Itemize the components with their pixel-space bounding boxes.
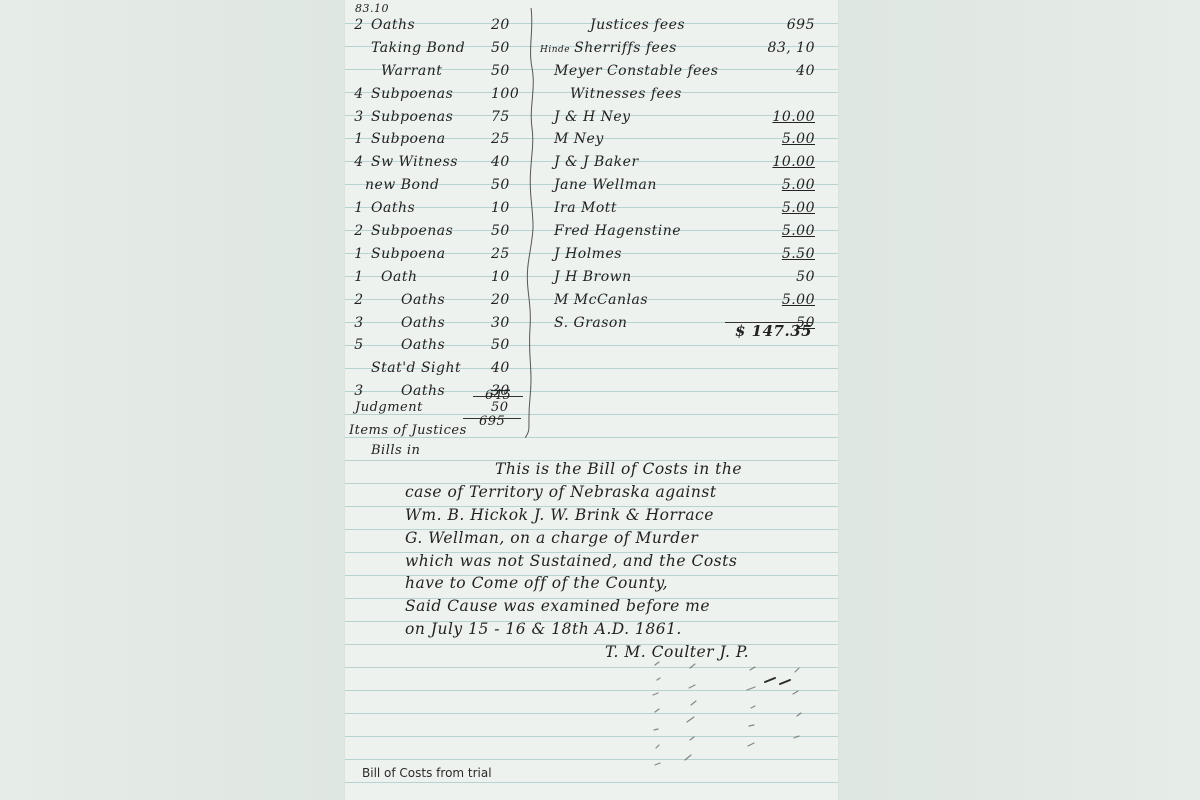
- top-note: 83.10: [355, 2, 389, 15]
- fee-qty: 5: [351, 337, 367, 353]
- witness-name: J & J Baker: [554, 154, 639, 170]
- fee-row: 1 Subpoena 25: [351, 244, 531, 267]
- witness-name: J H Brown: [554, 269, 632, 285]
- fee-prefix: Hinde: [540, 45, 570, 55]
- justice-fees-list: 2 Oaths 20 Taking Bond 50 Warrant 50 4 S…: [351, 15, 531, 404]
- fee-qty: 2: [351, 223, 367, 239]
- fee-row: 1 Subpoena 25: [351, 129, 531, 152]
- fee-row: new Bond 50: [351, 175, 531, 198]
- fee-amount: 40: [755, 63, 815, 79]
- witness-name: M McCanlas: [554, 292, 648, 308]
- fee-item: Oath: [381, 269, 417, 285]
- fee-item: Stat'd Sight: [371, 360, 461, 376]
- fee-qty: 2: [351, 292, 367, 308]
- fees-summary: Justices fees 695 HindeSherriffs fees 83…: [540, 15, 825, 335]
- fee-qty: 3: [351, 383, 367, 399]
- bill-of-costs-document: 83.10 2 Oaths 20 Taking Bond 50 Warrant …: [345, 0, 838, 800]
- witness-row: Fred Hagenstine 5.00: [540, 221, 825, 244]
- fee-qty: 1: [351, 200, 367, 216]
- witness-name: J & H Ney: [554, 109, 631, 125]
- fee-item: Warrant: [381, 63, 442, 79]
- statement-line: on July 15 - 16 & 18th A.D. 1861.: [405, 618, 825, 641]
- fee-qty: 3: [351, 109, 367, 125]
- fee-qty: 1: [351, 131, 367, 147]
- fee-row: 1 Oath 10: [351, 267, 531, 290]
- witness-fee: 5.00: [755, 177, 815, 193]
- statement-line: This is the Bill of Costs in the: [405, 458, 825, 481]
- fee-amount: 83, 10: [755, 40, 815, 56]
- statement-line: Wm. B. Hickok J. W. Brink & Horrace: [405, 504, 825, 527]
- items-of-justices-label: Items of Justices: [349, 423, 467, 438]
- fee-row: Stat'd Sight 40: [351, 358, 531, 381]
- fee-row: 3 Oaths 30: [351, 313, 531, 336]
- fee-item: new Bond: [365, 177, 439, 193]
- image-caption: Bill of Costs from trial: [362, 766, 492, 780]
- fee-qty: 1: [351, 246, 367, 262]
- witnesses-header: Witnesses fees: [570, 86, 682, 102]
- witness-row: J & J Baker 10.00: [540, 152, 825, 175]
- ink-bleed-marks: [645, 660, 835, 790]
- fee-row: Warrant 50: [351, 61, 531, 84]
- witness-row: J H Brown 50: [540, 267, 825, 290]
- fee-item: Subpoenas: [371, 86, 453, 102]
- statement-paragraph: This is the Bill of Costs in the case of…: [405, 458, 825, 664]
- statement-line: case of Territory of Nebraska against: [405, 481, 825, 504]
- fee-row: 1 Oaths 10: [351, 198, 531, 221]
- witness-row: J Holmes 5.50: [540, 244, 825, 267]
- statement-line: have to Come off of the County,: [405, 572, 825, 595]
- witness-fee: 5.00: [755, 200, 815, 216]
- fee-name: Justices fees: [590, 17, 685, 33]
- fee-amount: 695: [755, 17, 815, 33]
- fee-item: Subpoenas: [371, 223, 453, 239]
- fee-row: 4 Subpoenas 100: [351, 84, 531, 107]
- witness-fee: 50: [755, 269, 815, 285]
- witness-name: J Holmes: [554, 246, 622, 262]
- fee-name: HindeSherriffs fees: [540, 40, 677, 56]
- witness-fee: 10.00: [755, 154, 815, 170]
- judgment-amount: 50: [491, 400, 509, 415]
- fee-item: Oaths: [401, 337, 445, 353]
- witness-row: J & H Ney 10.00: [540, 107, 825, 130]
- witness-row: M McCanlas 5.00: [540, 290, 825, 313]
- fee-item: Taking Bond: [371, 40, 465, 56]
- fee-item: Sw Witness: [371, 154, 458, 170]
- fee-summary-row: HindeSherriffs fees 83, 10: [540, 38, 825, 61]
- judgment-label: Judgment: [355, 400, 423, 415]
- fee-name: Meyer Constable fees: [554, 63, 718, 79]
- fee-summary-row: Justices fees 695: [540, 15, 825, 38]
- witness-row: Jane Wellman 5.00: [540, 175, 825, 198]
- witnesses-header-row: Witnesses fees: [540, 84, 825, 107]
- fee-name-text: Sherriffs fees: [574, 40, 677, 56]
- fee-qty: 4: [351, 86, 367, 102]
- fee-row: 5 Oaths 50: [351, 335, 531, 358]
- items-of-justices-total: 695: [479, 414, 505, 429]
- witness-name: Ira Mott: [554, 200, 617, 216]
- fee-row: 2 Subpoenas 50: [351, 221, 531, 244]
- witness-name: S. Grason: [554, 315, 627, 331]
- fee-item: Subpoena: [371, 131, 446, 147]
- fee-row: 2 Oaths 20: [351, 15, 531, 38]
- fee-row: Taking Bond 50: [351, 38, 531, 61]
- grand-total: $ 147.35: [735, 322, 812, 340]
- witness-row: M Ney 5.00: [540, 129, 825, 152]
- witness-name: Fred Hagenstine: [554, 223, 681, 239]
- column-divider: [525, 8, 537, 438]
- bills-in-label: Bills in: [371, 443, 420, 458]
- fee-qty: 2: [351, 17, 367, 33]
- fee-item: Oaths: [401, 315, 445, 331]
- witness-name: Jane Wellman: [554, 177, 657, 193]
- fee-row: 2 Oaths 20: [351, 290, 531, 313]
- fee-item: Subpoena: [371, 246, 446, 262]
- statement-line: which was not Sustained, and the Costs: [405, 550, 825, 573]
- fee-qty: 1: [351, 269, 367, 285]
- witness-fee: 5.00: [755, 131, 815, 147]
- fee-row: 4 Sw Witness 40: [351, 152, 531, 175]
- fee-item: Oaths: [371, 17, 415, 33]
- fee-item: Oaths: [401, 292, 445, 308]
- witness-fee: 5.00: [755, 292, 815, 308]
- fee-qty: 3: [351, 315, 367, 331]
- fee-item: Subpoenas: [371, 109, 453, 125]
- fee-summary-row: Meyer Constable fees 40: [540, 61, 825, 84]
- witness-fee: 5.00: [755, 223, 815, 239]
- statement-line: G. Wellman, on a charge of Murder: [405, 527, 825, 550]
- witness-fee: 5.50: [755, 246, 815, 262]
- statement-line: Said Cause was examined before me: [405, 595, 825, 618]
- fee-item: Oaths: [401, 383, 445, 399]
- witness-row: Ira Mott 5.00: [540, 198, 825, 221]
- fee-row: 3 Subpoenas 75: [351, 107, 531, 130]
- witness-name: M Ney: [554, 131, 604, 147]
- witness-fee: 10.00: [755, 109, 815, 125]
- fee-qty: 4: [351, 154, 367, 170]
- fee-item: Oaths: [371, 200, 415, 216]
